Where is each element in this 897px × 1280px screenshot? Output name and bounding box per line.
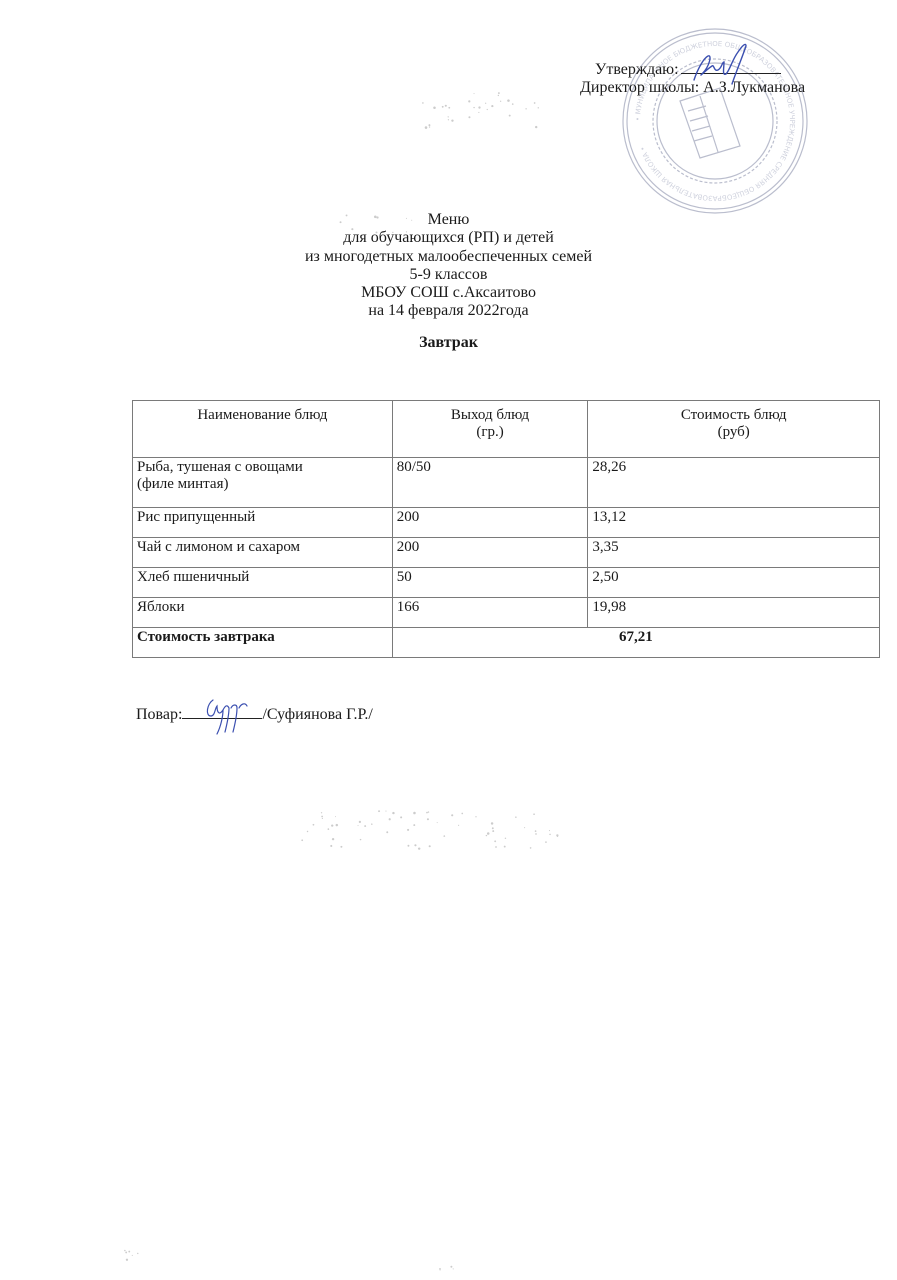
scan-noise: [0, 0, 897, 1280]
